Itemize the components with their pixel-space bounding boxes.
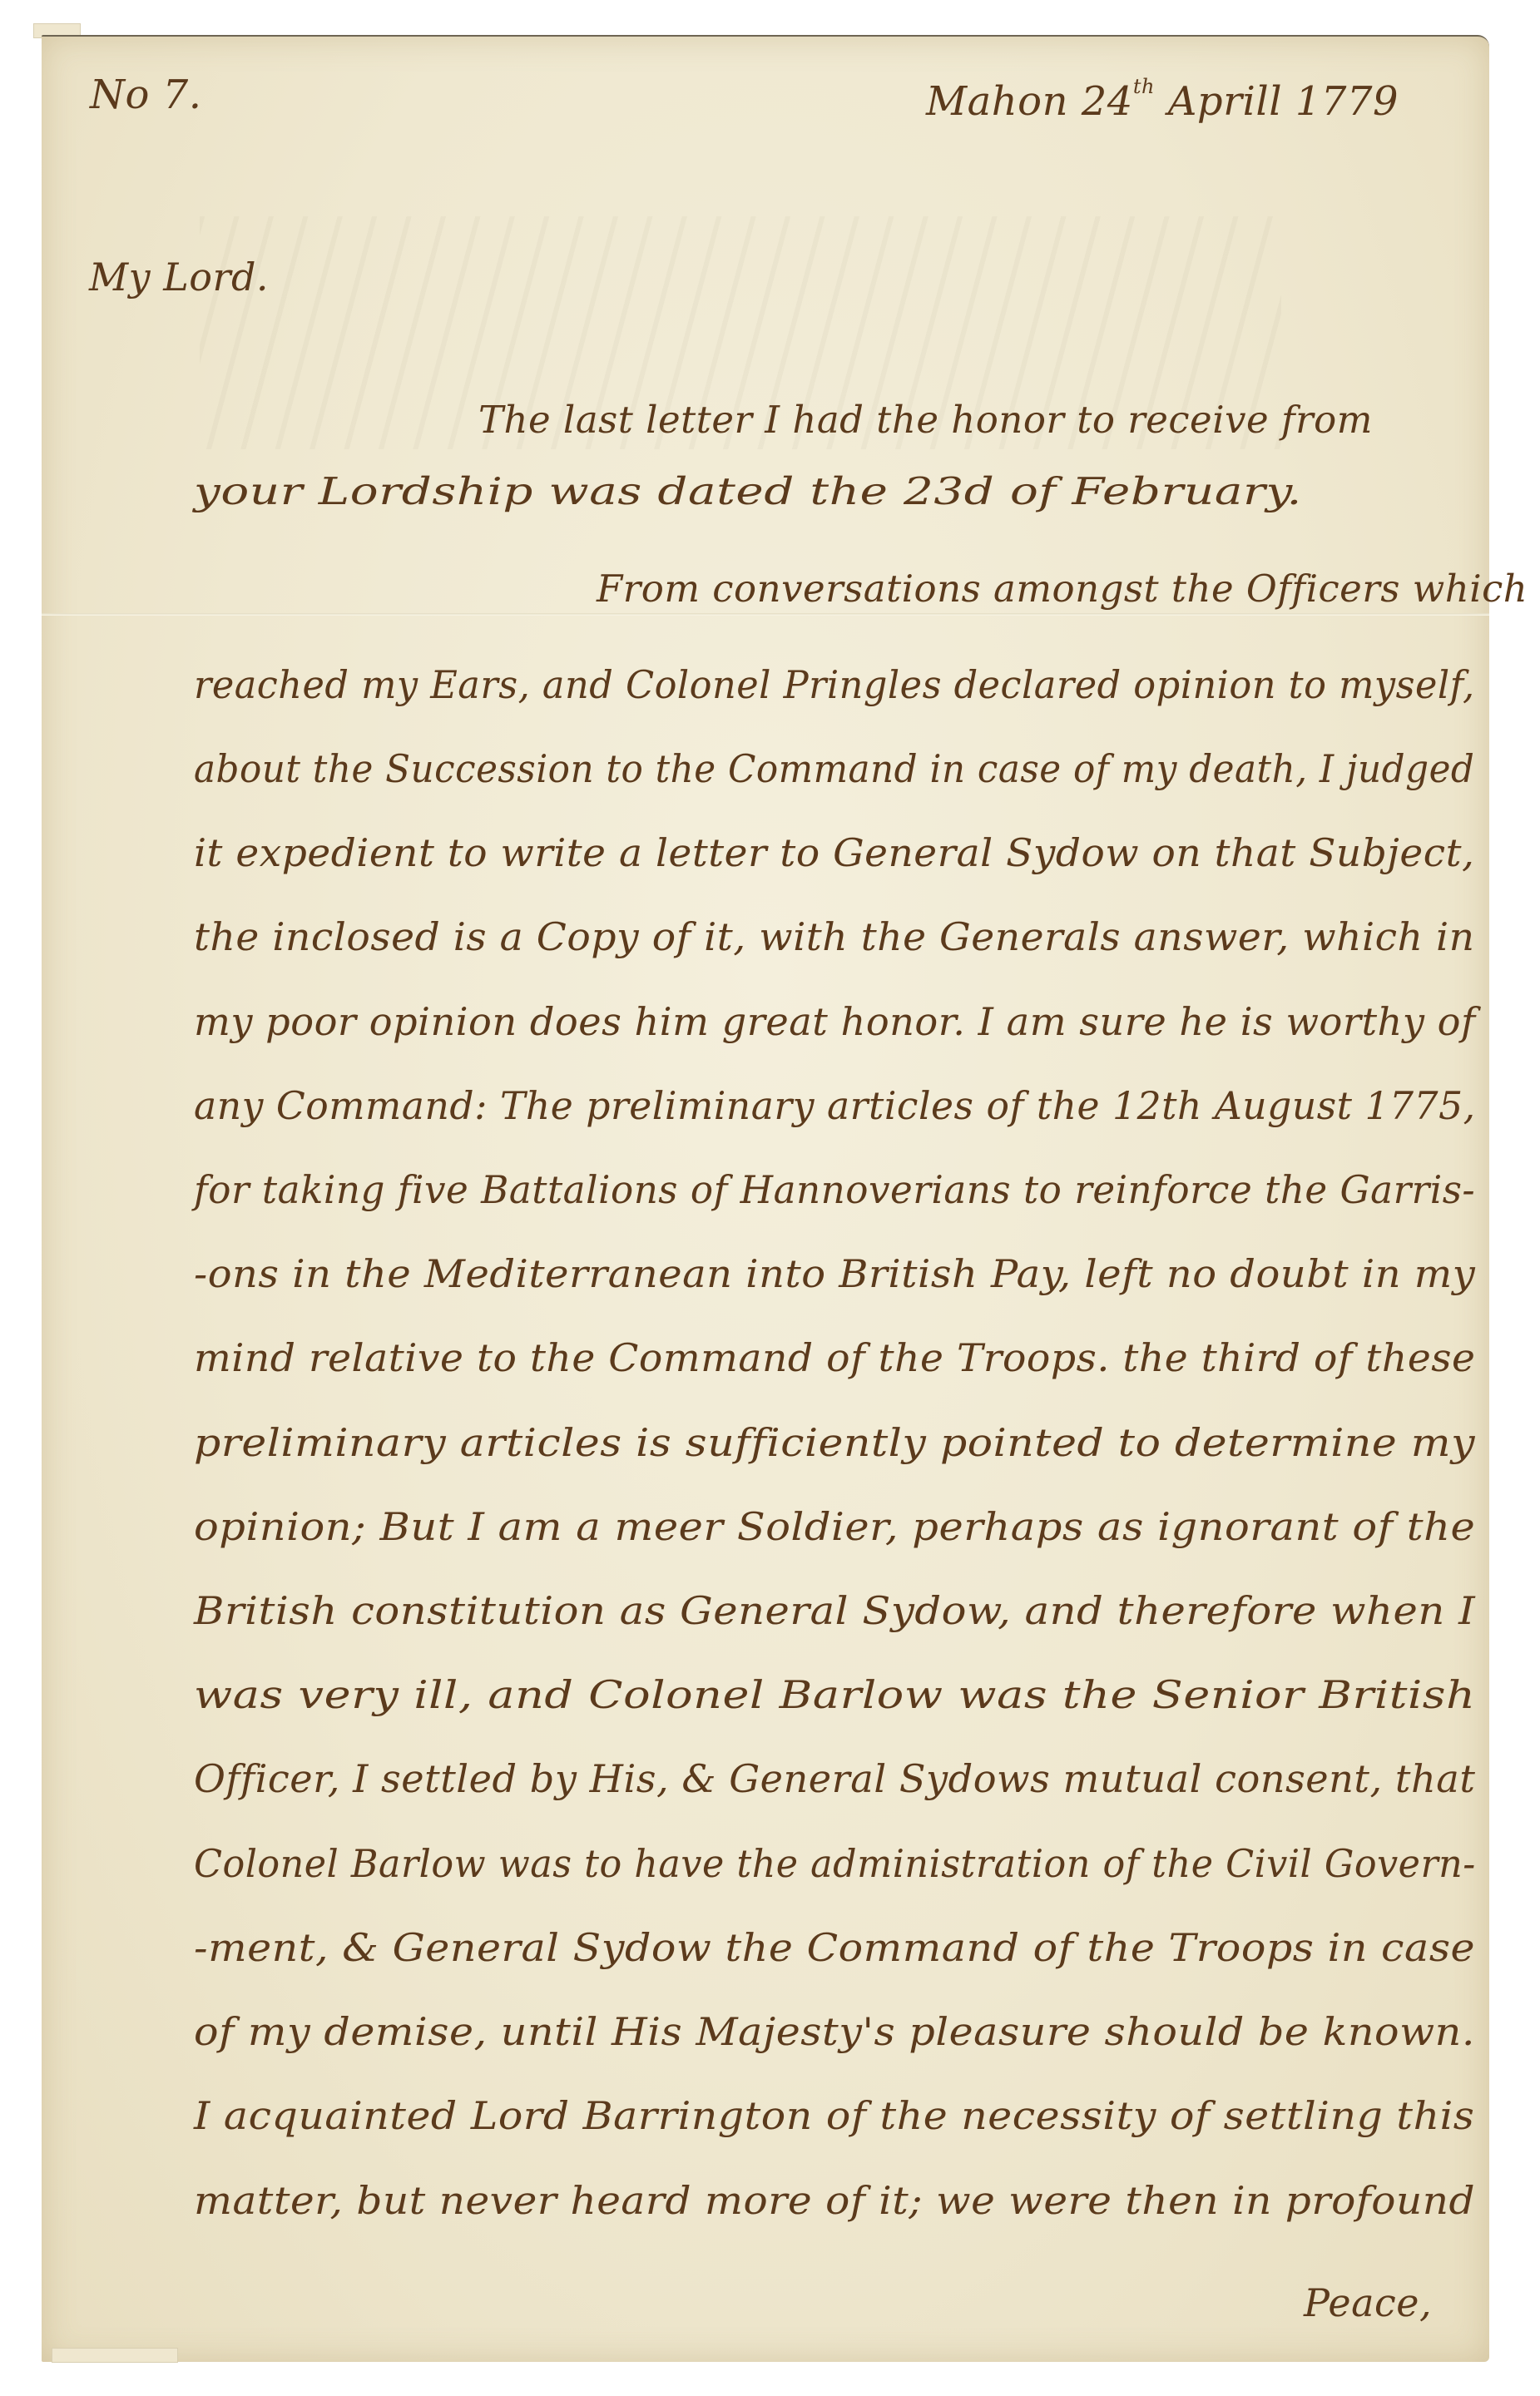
body-line: Colonel Barlow was to have the administr… — [194, 1844, 1476, 1883]
fold-crease — [42, 613, 1489, 616]
body-line: British constitution as General Sydow, a… — [194, 1592, 1475, 1630]
body-line: opinion; But I am a meer Soldier, perhap… — [194, 1507, 1475, 1546]
letter-place: Mahon — [926, 78, 1068, 125]
letter-date-day-suffix: th — [1133, 75, 1155, 98]
body-line: about the Succession to the Command in c… — [194, 750, 1474, 788]
body-line: any Command: The preliminary articles of… — [194, 1087, 1476, 1125]
catchword: Peace, — [1304, 2284, 1432, 2322]
salutation: My Lord. — [89, 258, 269, 296]
body-line: reached my Ears, and Colonel Pringles de… — [194, 666, 1475, 704]
letter-date-day: 24 — [1082, 78, 1133, 125]
letter-number: No 7. — [90, 75, 201, 115]
body-line: it expedient to write a letter to Genera… — [194, 834, 1474, 872]
letter-date-month: Aprill — [1168, 78, 1282, 125]
body-line: -ment, & General Sydow the Command of th… — [194, 1928, 1475, 1967]
body-line: The last letter I had the honor to recei… — [478, 401, 1373, 438]
letter-dateline: Mahon 24th Aprill 1779 — [926, 77, 1399, 121]
body-line: of my demise, until His Majesty's pleasu… — [194, 2012, 1475, 2051]
body-line: From conversations amongst the Officers … — [597, 570, 1528, 607]
body-line: my poor opinion does him great honor. I … — [194, 1002, 1476, 1041]
body-line: I acquainted Lord Barrington of the nece… — [194, 2096, 1474, 2135]
body-line: -ons in the Mediterranean into British P… — [194, 1255, 1475, 1293]
body-line: your Lordship was dated the 23d of Febru… — [194, 473, 1302, 510]
body-line: for taking five Battalions of Hannoveria… — [194, 1171, 1475, 1209]
body-line: was very ill, and Colonel Barlow was the… — [194, 1676, 1475, 1714]
body-line: preliminary articles is sufficiently poi… — [194, 1423, 1475, 1462]
body-line: the inclosed is a Copy of it, with the G… — [194, 918, 1475, 956]
body-line: mind relative to the Command of the Troo… — [194, 1339, 1475, 1377]
letter-date-year: 1779 — [1295, 78, 1399, 125]
body-line: matter, but never heard more of it; we w… — [194, 2181, 1475, 2220]
body-line: Officer, I settled by His, & General Syd… — [194, 1760, 1475, 1798]
paper-tab-bottom — [52, 2348, 178, 2363]
